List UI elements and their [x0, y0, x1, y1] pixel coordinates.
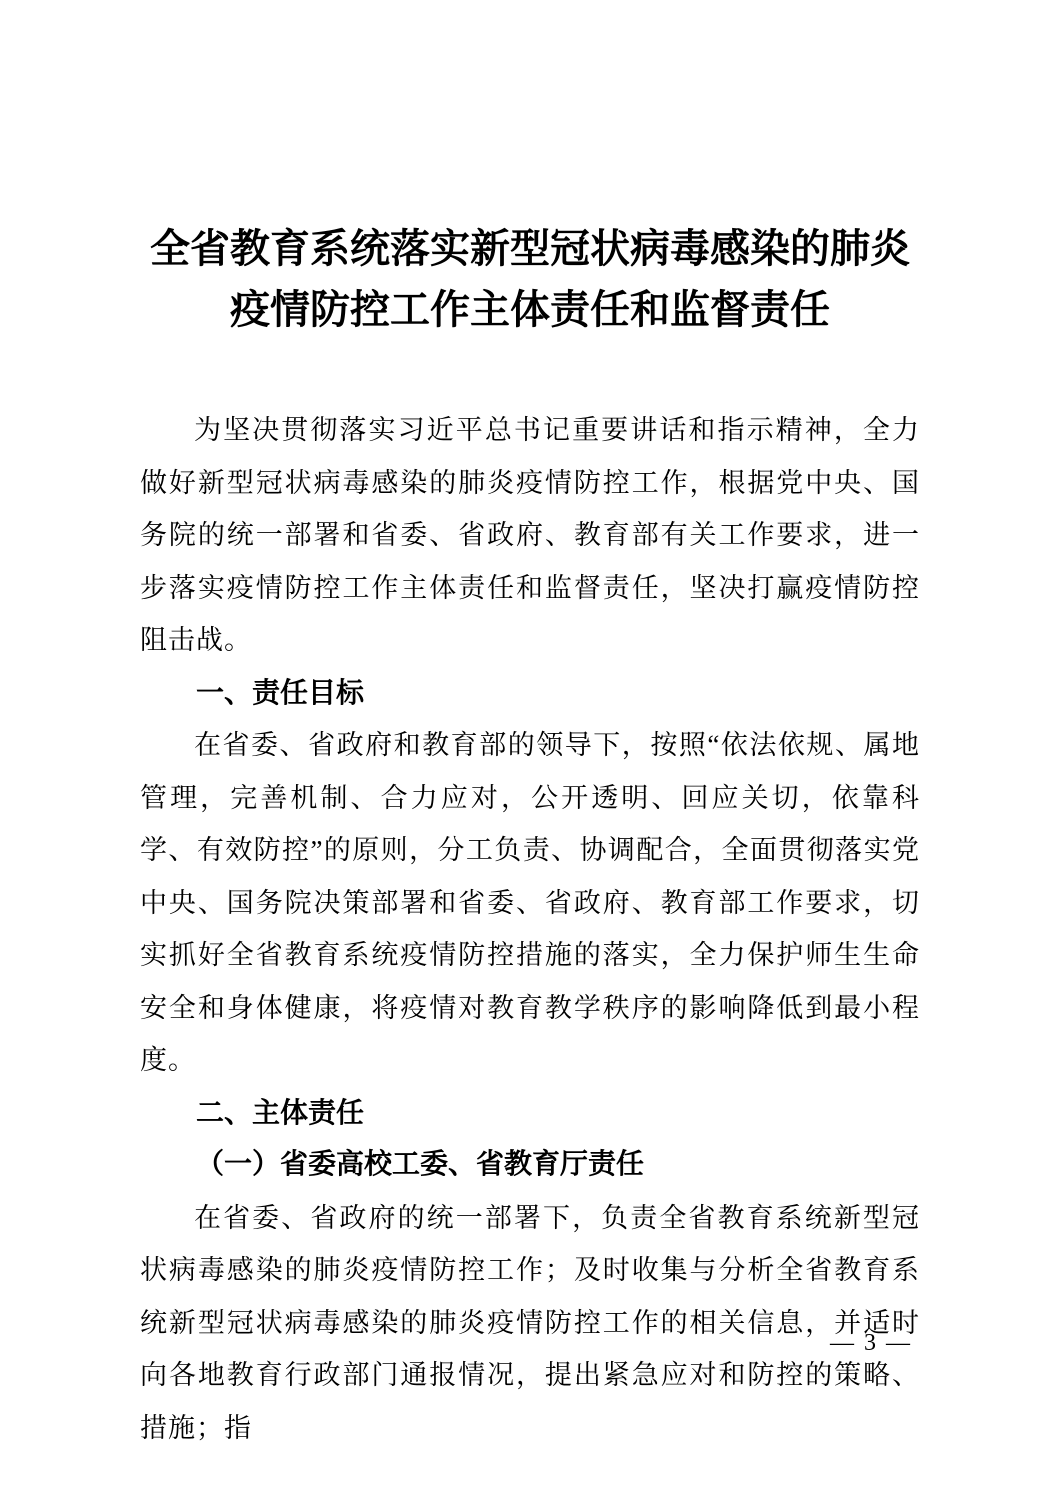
document-title-line-1: 全省教育系统落实新型冠状病毒感染的肺炎	[140, 218, 920, 279]
document-content: 全省教育系统落实新型冠状病毒感染的肺炎 疫情防控工作主体责任和监督责任 为坚决贯…	[140, 218, 920, 1454]
section-heading-2: 二、主体责任	[140, 1087, 920, 1140]
document-title: 全省教育系统落实新型冠状病毒感染的肺炎 疫情防控工作主体责任和监督责任	[140, 218, 920, 340]
document-page: 全省教育系统落实新型冠状病毒感染的肺炎 疫情防控工作主体责任和监督责任 为坚决贯…	[0, 0, 1060, 1500]
paragraph-responsibility-goal: 在省委、省政府和教育部的领导下，按照“依法依规、属地管理，完善机制、合力应对，公…	[140, 719, 920, 1087]
paragraph-main-responsibility: 在省委、省政府的统一部署下，负责全省教育系统新型冠状病毒感染的肺炎疫情防控工作；…	[140, 1192, 920, 1455]
sub-heading-1: （一）省委高校工委、省教育厅责任	[140, 1139, 920, 1192]
page-number: — 3 —	[830, 1330, 912, 1357]
paragraph-intro: 为坚决贯彻落实习近平总书记重要讲话和指示精神，全力做好新型冠状病毒感染的肺炎疫情…	[140, 404, 920, 667]
document-title-line-2: 疫情防控工作主体责任和监督责任	[140, 279, 920, 340]
section-heading-1: 一、责任目标	[140, 667, 920, 720]
